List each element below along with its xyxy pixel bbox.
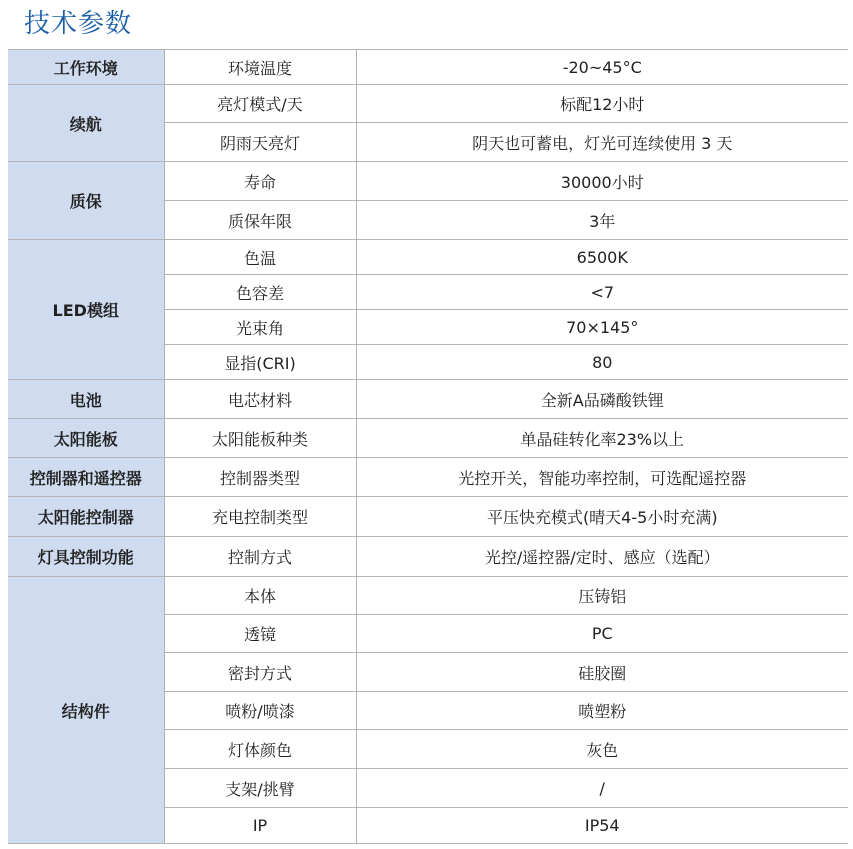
category-cell: 控制器和遥控器 (8, 458, 164, 497)
param-cell: 光束角 (164, 310, 356, 345)
value-cell: 70×145° (356, 310, 848, 345)
param-cell: 充电控制类型 (164, 497, 356, 537)
table-row: 结构件本体压铸铝 (8, 577, 848, 615)
category-cell: 质保 (8, 162, 164, 240)
value-cell: <7 (356, 275, 848, 310)
table-row: 灯具控制功能控制方式光控/遥控器/定时、感应（选配） (8, 537, 848, 577)
param-cell: 本体 (164, 577, 356, 615)
page-title: 技术参数 (24, 6, 132, 42)
value-cell: 灰色 (356, 730, 848, 769)
value-cell: IP54 (356, 808, 848, 844)
param-cell: 显指(CRI) (164, 345, 356, 380)
table-row: 控制器和遥控器控制器类型光控开关，智能功率控制，可选配遥控器 (8, 458, 848, 497)
value-cell: 压铸铝 (356, 577, 848, 615)
value-cell: 单晶硅转化率23%以上 (356, 419, 848, 458)
category-cell: LED模组 (8, 240, 164, 380)
category-cell: 电池 (8, 380, 164, 419)
param-cell: IP (164, 808, 356, 844)
param-cell: 喷粉/喷漆 (164, 692, 356, 730)
value-cell: 硅胶圈 (356, 653, 848, 692)
param-cell: 控制方式 (164, 537, 356, 577)
param-cell: 亮灯模式/天 (164, 85, 356, 123)
param-cell: 阴雨天亮灯 (164, 123, 356, 162)
value-cell: PC (356, 615, 848, 653)
param-cell: 支架/挑臂 (164, 769, 356, 808)
param-cell: 灯体颜色 (164, 730, 356, 769)
category-cell: 太阳能板 (8, 419, 164, 458)
table-row: 续航亮灯模式/天标配12小时 (8, 85, 848, 123)
param-cell: 透镜 (164, 615, 356, 653)
value-cell: 6500K (356, 240, 848, 275)
value-cell: -20~45°C (356, 50, 848, 85)
param-cell: 密封方式 (164, 653, 356, 692)
table-row: 质保寿命30000小时 (8, 162, 848, 201)
param-cell: 色温 (164, 240, 356, 275)
value-cell: 光控/遥控器/定时、感应（选配） (356, 537, 848, 577)
value-cell: 80 (356, 345, 848, 380)
table-row: 太阳能控制器充电控制类型平压快充模式(晴天4-5小时充满) (8, 497, 848, 537)
table-row: 电池电芯材料全新A品磷酸铁锂 (8, 380, 848, 419)
spec-table: 工作环境环境温度-20~45°C续航亮灯模式/天标配12小时阴雨天亮灯阴天也可蓄… (8, 49, 848, 844)
value-cell: 光控开关，智能功率控制，可选配遥控器 (356, 458, 848, 497)
category-cell: 工作环境 (8, 50, 164, 85)
category-cell: 结构件 (8, 577, 164, 844)
value-cell: 标配12小时 (356, 85, 848, 123)
param-cell: 色容差 (164, 275, 356, 310)
value-cell: / (356, 769, 848, 808)
param-cell: 寿命 (164, 162, 356, 201)
table-row: LED模组色温6500K (8, 240, 848, 275)
value-cell: 阴天也可蓄电，灯光可连续使用 3 天 (356, 123, 848, 162)
param-cell: 太阳能板种类 (164, 419, 356, 458)
value-cell: 喷塑粉 (356, 692, 848, 730)
category-cell: 太阳能控制器 (8, 497, 164, 537)
category-cell: 灯具控制功能 (8, 537, 164, 577)
value-cell: 3年 (356, 201, 848, 240)
table-row: 太阳能板太阳能板种类单晶硅转化率23%以上 (8, 419, 848, 458)
value-cell: 平压快充模式(晴天4-5小时充满) (356, 497, 848, 537)
category-cell: 续航 (8, 85, 164, 162)
param-cell: 控制器类型 (164, 458, 356, 497)
value-cell: 30000小时 (356, 162, 848, 201)
table-row: 工作环境环境温度-20~45°C (8, 50, 848, 85)
param-cell: 电芯材料 (164, 380, 356, 419)
param-cell: 质保年限 (164, 201, 356, 240)
param-cell: 环境温度 (164, 50, 356, 85)
value-cell: 全新A品磷酸铁锂 (356, 380, 848, 419)
